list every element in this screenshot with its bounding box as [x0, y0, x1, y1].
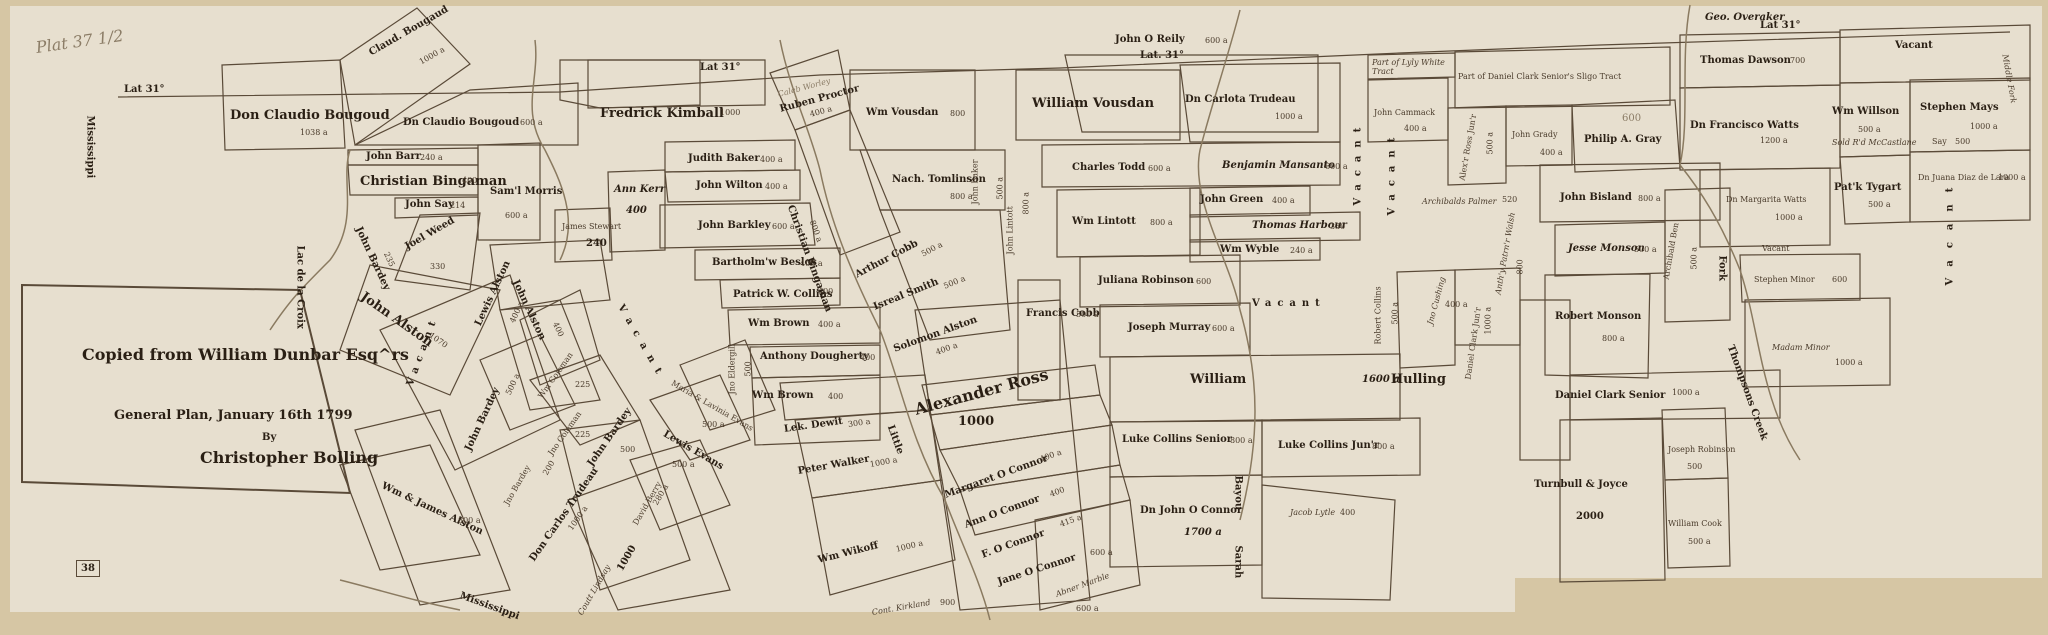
- plot-acres: 500 a: [1486, 132, 1495, 155]
- title-line-4: Christopher Bolling: [200, 448, 378, 467]
- plot-acres: 1600 a: [1362, 374, 1400, 385]
- plot-owner: Joseph Robinson: [1668, 445, 1735, 454]
- plot-acres: 600 a: [1205, 36, 1228, 45]
- plot-acres: 400: [626, 205, 647, 216]
- plot-owner: John Barkley: [698, 220, 771, 231]
- plot-owner: Dn Carlota Trudeau: [1185, 94, 1296, 105]
- plot-owner: Benjamin Mansanto: [1222, 160, 1335, 171]
- plot-acres: 400 a: [760, 155, 783, 164]
- plot-owner: John Grady: [1512, 130, 1558, 139]
- plot-acres: 400: [1340, 508, 1355, 517]
- plot-acres: 800 a: [1150, 218, 1173, 227]
- plot-acres: 500 a: [702, 420, 725, 429]
- plot-acres: 225: [575, 430, 590, 439]
- plot-acres: 225: [575, 380, 590, 389]
- plot-acres: 800: [1516, 259, 1525, 274]
- plot-owner: Charles Todd: [1072, 162, 1145, 173]
- plot-owner: Dn Francisco Watts: [1690, 120, 1799, 131]
- plot-owner: Robert Monson: [1555, 311, 1641, 322]
- plot-acres: 400 a: [1540, 148, 1563, 157]
- plot-owner: John Green: [1200, 194, 1263, 205]
- plot-acres: 500 a: [1634, 245, 1657, 254]
- plot-acres: 400: [828, 392, 843, 401]
- plot-acres: 600 a: [1076, 604, 1099, 613]
- plot-owner: Dn Margarita Watts: [1726, 195, 1807, 204]
- plot-owner: Anthony Dougherty: [760, 351, 869, 362]
- plot-acres: 1000: [720, 108, 740, 117]
- plot-owner: Sam'l Morris: [490, 186, 562, 197]
- owner-label: Geo. Overaker: [1705, 12, 1785, 23]
- latitude-label: Lat 31°: [700, 62, 741, 73]
- vacant-label: Vacant: [1945, 176, 1956, 286]
- plot-acres: 400 a: [818, 320, 841, 329]
- plot-acres: 330: [1330, 222, 1345, 231]
- plot-acres: 240 a: [1290, 246, 1313, 255]
- plot-acres: 500 a: [1690, 247, 1699, 270]
- plot-owner: Wm Wyble: [1220, 244, 1279, 255]
- plot-owner: Wm Lintott: [1072, 216, 1136, 227]
- plot-acres: 500 a: [1391, 302, 1400, 325]
- plot-acres: 1000 a: [1672, 388, 1700, 397]
- plot-owner: Juliana Robinson: [1098, 275, 1194, 286]
- plot-owner: John Baker: [971, 160, 980, 205]
- plot-acres: 500: [744, 361, 753, 376]
- plot-acres: 600 a: [1148, 164, 1171, 173]
- plot-owner: Philip A. Gray: [1584, 134, 1661, 145]
- plot-owner: William Vousdan: [1032, 96, 1154, 111]
- plot-acres: 2000: [1576, 511, 1604, 522]
- plot-acres: 400 a: [1272, 196, 1295, 205]
- plot-acres: 700: [1790, 56, 1805, 65]
- plot-owner: Joseph Murray: [1128, 322, 1210, 333]
- plot-acres: 800 a: [1638, 194, 1661, 203]
- plot-acres: 400: [860, 353, 875, 362]
- plot-owner: Judith Baker: [688, 153, 760, 164]
- vacant-label: Vacant: [1762, 244, 1789, 253]
- plot-owner: Jno Eldergill: [728, 344, 737, 395]
- plot-owner: Madam Minor: [1772, 343, 1830, 352]
- plot-owner: John Wilton: [696, 180, 763, 191]
- plot-owner: John Say: [405, 199, 454, 210]
- latitude-label: Lat 31°: [124, 84, 165, 95]
- plot-owner: Stephen Minor: [1754, 275, 1815, 284]
- plot-owner: John Cammack: [1374, 108, 1435, 117]
- plot-acres: 500: [620, 445, 635, 454]
- plot-owner: John Bisland: [1560, 192, 1632, 203]
- plot-acres: 1200 a: [1760, 136, 1788, 145]
- plot-owner: Turnbull & Joyce: [1534, 479, 1628, 490]
- plot-owner: John Lintott: [1006, 206, 1015, 254]
- title-line-2: General Plan, January 16th 1799: [114, 408, 353, 423]
- plot-acres: 500: [1955, 137, 1970, 146]
- plot-acres: 1000 a: [1484, 307, 1493, 335]
- plot-acres: 600: [1622, 113, 1641, 124]
- plot-acres: 1000: [958, 414, 994, 429]
- box-number: 38: [76, 560, 100, 577]
- plot-acres: 1000 a: [1275, 112, 1303, 121]
- plot-owner: Robert Collins: [1374, 286, 1383, 344]
- plot-acres: 1700 a: [1184, 527, 1222, 538]
- plot-acres: 600 a: [1325, 162, 1348, 171]
- river-label-mississippi: Mississippi: [85, 116, 96, 179]
- plot-acres: 520: [1502, 195, 1517, 204]
- plot-acres: 500 a: [1076, 310, 1099, 319]
- plot-acres: 240 a: [420, 153, 443, 162]
- plot-owner: Christian Bingaman: [360, 174, 507, 189]
- plot-owner: Don Claudio Bougoud: [230, 108, 390, 123]
- plot-acres: 800: [950, 109, 965, 118]
- plot-owner: Wm Brown: [752, 390, 814, 401]
- vacant-label: Vacant: [1895, 40, 1933, 51]
- plot-owner: Thomas Dawson: [1700, 55, 1791, 66]
- plot-acres: 800 a: [950, 192, 973, 201]
- plot-owner: Dn Juana Diaz de Lara: [1918, 173, 2009, 182]
- plot-owner: Dn Claudio Bougoud: [403, 117, 519, 128]
- vacant-label: Vacant: [1252, 298, 1326, 309]
- vacant-label: Vacant: [1353, 120, 1364, 206]
- plot-acres: 800 a: [1602, 334, 1625, 343]
- creek-label: Fork: [1717, 256, 1728, 281]
- plot-owner: Sold R'd McCastlane: [1832, 138, 1917, 147]
- plot-acres: 1038 a: [300, 128, 328, 137]
- plot-acres: 240: [586, 238, 607, 249]
- plot-owner: James Stewart: [562, 222, 621, 231]
- lake-label: Lac de la Croix: [295, 246, 306, 329]
- vacant-label: Vacant: [1387, 130, 1398, 216]
- plot-acres: 400 a: [1445, 300, 1468, 309]
- plot-acres: 600: [1832, 275, 1847, 284]
- plot-acres: 900: [940, 598, 955, 607]
- plot-acres: 400: [462, 176, 477, 185]
- plot-owner: Archibalds Palmer: [1422, 197, 1497, 206]
- plot-owner: Wm Willson: [1832, 106, 1899, 117]
- bayou-label: Sarah: [1233, 546, 1244, 579]
- plot-owner: William Cook: [1668, 519, 1722, 528]
- plot-acres: 800 a: [1022, 192, 1031, 215]
- plot-acres: 214: [450, 201, 465, 210]
- plot-acres: 1000 a: [1998, 173, 2026, 182]
- plot-acres: 1000 a: [1970, 122, 1998, 131]
- plot-acres: 400 a: [765, 182, 788, 191]
- plot-acres: 500 a: [672, 460, 695, 469]
- plot-acres: 1000 a: [1775, 213, 1803, 222]
- plot-acres: 500 a: [996, 177, 1005, 200]
- plot-owner: John Barr: [366, 151, 421, 162]
- plot-acres: 1000 a: [1835, 358, 1863, 367]
- plot-owner: Say: [1932, 137, 1947, 146]
- plot-acres: 600 a: [520, 118, 543, 127]
- plot-acres: 600 a: [505, 211, 528, 220]
- title-line-3: By: [262, 432, 276, 443]
- plot-owner: Wm Vousdan: [866, 107, 938, 118]
- plot-acres: 600: [1196, 277, 1211, 286]
- plot-owner: Part of Daniel Clark Senior's Sligo Trac…: [1458, 72, 1621, 81]
- latitude-label: Lat. 31°: [1140, 50, 1184, 61]
- plot-acres: 600 a: [1090, 548, 1113, 557]
- plot-owner: Luke Collins Jun'r: [1278, 440, 1379, 451]
- title-line-1: Copied from William Dunbar Esq^rs: [82, 345, 409, 364]
- plot-acres: 500 a: [1858, 125, 1881, 134]
- plot-owner: John O Reily: [1115, 34, 1185, 45]
- plot-owner: Pat'k Tygart: [1834, 182, 1901, 193]
- plot-acres: 500 a: [1688, 537, 1711, 546]
- plot-owner: William Hulling: [1190, 372, 1446, 387]
- plot-acres: 500 a: [1868, 200, 1891, 209]
- plot-owner: Luke Collins Senior: [1122, 434, 1232, 445]
- plot-acres: 800 a: [458, 516, 481, 525]
- plot-acres: 600 a: [1212, 324, 1235, 333]
- plot-owner: Daniel Clark Senior: [1555, 390, 1665, 401]
- plot-acres: 400 a: [1404, 124, 1427, 133]
- plot-owner: Ann Kerr: [614, 184, 665, 195]
- plot-owner: Part of Lyly White Tract: [1372, 58, 1450, 76]
- plot-owner: Dn John O Connor: [1140, 505, 1242, 516]
- plot-owner: Fredrick Kimball: [600, 106, 724, 121]
- plot-owner: Stephen Mays: [1920, 102, 1999, 113]
- plot-acres: 800 a: [1372, 442, 1395, 451]
- plot-acres: 330: [430, 262, 445, 271]
- plot-acres: 800 a: [1230, 436, 1253, 445]
- plot-acres: 500: [1687, 462, 1702, 471]
- plot-owner: Jacob Lytle: [1290, 508, 1335, 517]
- plot-owner: Wm Brown: [748, 318, 810, 329]
